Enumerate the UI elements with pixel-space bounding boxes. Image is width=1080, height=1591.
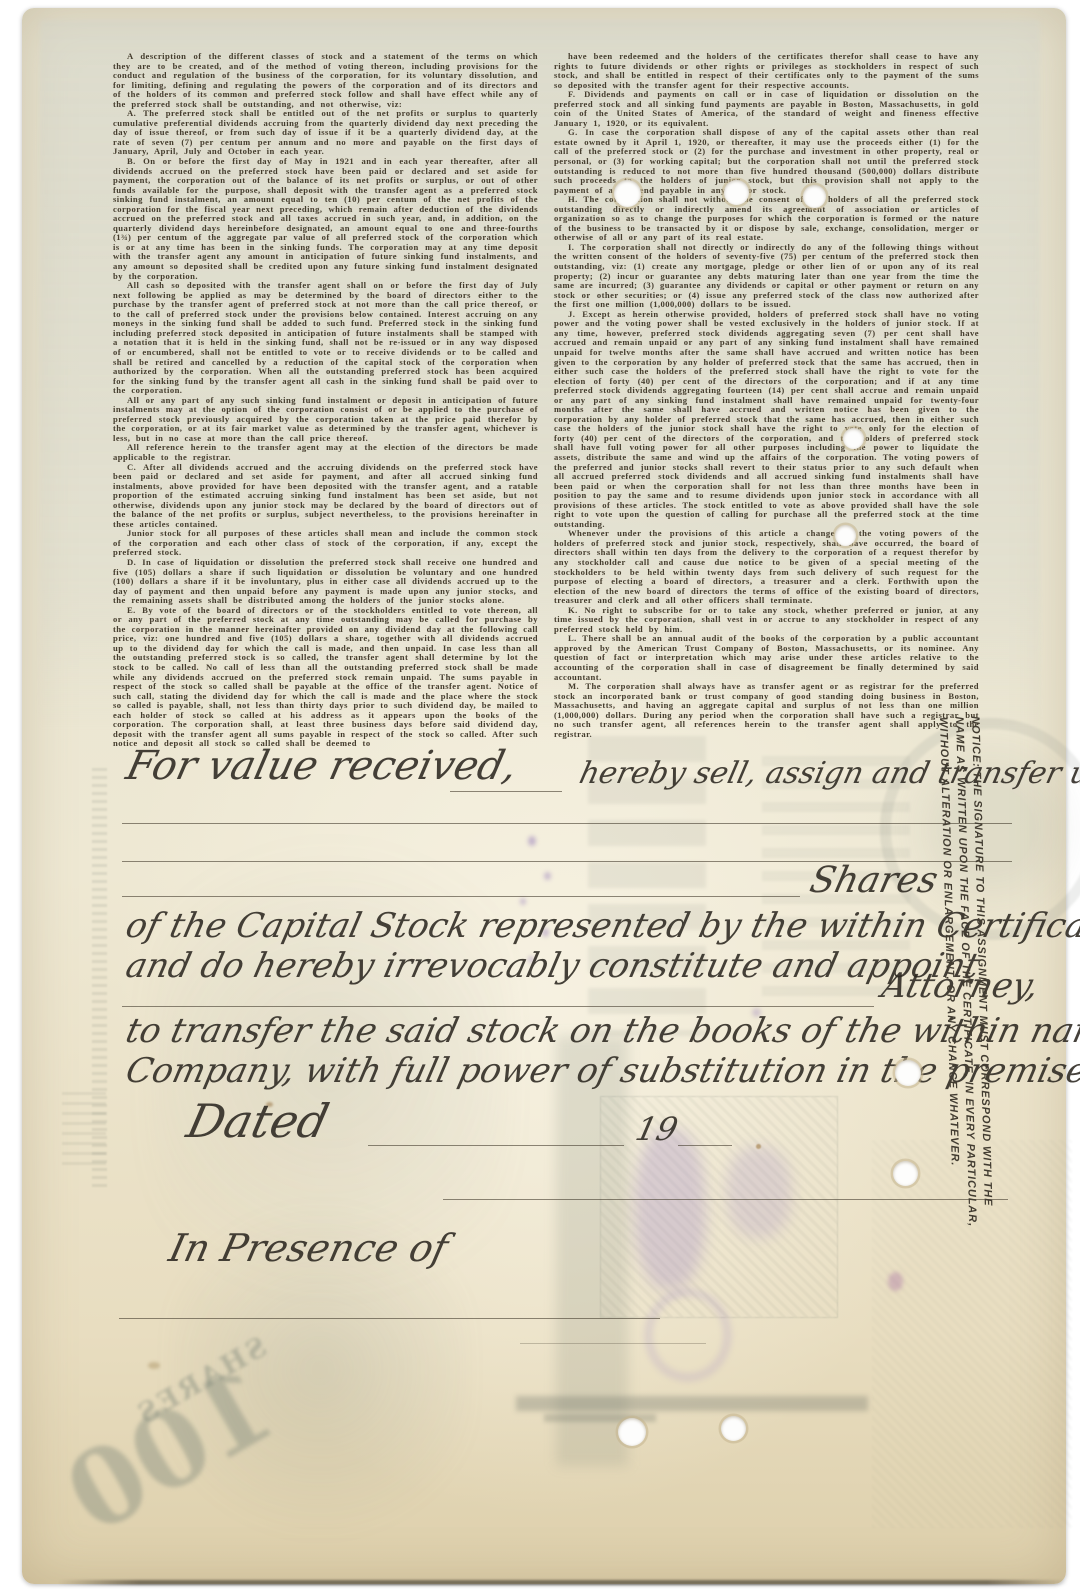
punch-hole	[618, 1418, 646, 1446]
legal-text-block: A description of the different classes o…	[113, 52, 979, 749]
stamp-stain	[528, 836, 536, 846]
dated-blank-line	[368, 1145, 624, 1146]
year-blank-line	[678, 1145, 732, 1146]
punch-hole	[893, 1161, 918, 1186]
punch-hole	[843, 428, 864, 449]
punch-hole	[895, 1060, 921, 1086]
paper-bottom-edge-shadow	[58, 1580, 1068, 1585]
assignment-line2: of the Capital Stock represented by the …	[122, 906, 1080, 946]
stamp-stain	[888, 1272, 903, 1291]
legal-paragraph: K. No right to subscribe for or to take …	[554, 606, 979, 635]
attorney-name-line	[122, 1006, 874, 1007]
stamp-stain-large	[634, 1128, 706, 1290]
witness-label: In Presence of	[165, 1226, 452, 1270]
legal-paragraph: All cash so deposited with the transfer …	[113, 281, 538, 396]
legal-paragraph: All reference herein to the transfer age…	[113, 443, 538, 462]
stamp-stain	[726, 1146, 792, 1238]
assignment-line3: and do hereby irrevocably constitute and…	[122, 946, 983, 986]
stamp-stain	[520, 898, 526, 905]
assignment-line1-prefix: For value received,	[122, 743, 522, 789]
legal-paragraph: B. On or before the first day of May in …	[113, 157, 538, 281]
punch-hole	[835, 525, 856, 546]
legal-paragraph: have been redeemed and the holders of th…	[554, 52, 979, 90]
scanned-stock-certificate-back: 100 SHARES A description of the differen…	[0, 0, 1080, 1591]
legal-paragraph: A description of the different classes o…	[113, 52, 538, 109]
punch-hole	[614, 180, 641, 207]
legal-paragraph: D. In case of liquidation or dissolution…	[113, 558, 538, 606]
shares-label: Shares	[806, 860, 942, 901]
legal-column-left: A description of the different classes o…	[113, 52, 538, 749]
legal-paragraph: I. The corporation shall not directly or…	[554, 243, 979, 310]
legal-paragraph: L. There shall be an annual audit of the…	[554, 634, 979, 682]
stamp-stain-ring	[644, 1288, 732, 1382]
legal-paragraph: A. The preferred stock shall be entitled…	[113, 109, 538, 157]
assignee-name-line	[122, 823, 1012, 824]
punch-hole	[803, 185, 826, 208]
assignment-line5: Company, with full power of substitution…	[122, 1051, 1080, 1091]
legal-column-right: have been redeemed and the holders of th…	[554, 52, 979, 749]
assignment-line4: to transfer the said stock on the books …	[122, 1011, 1080, 1051]
witness-signature-line	[119, 1318, 660, 1319]
assignee-name-blank-short	[450, 791, 562, 792]
fox-spot	[756, 1144, 761, 1149]
legal-paragraph: All or any part of any such sinking fund…	[113, 396, 538, 444]
faint-line	[520, 1343, 706, 1344]
legal-paragraph: C. After all dividends accrued and the a…	[113, 463, 538, 530]
legal-paragraph: Junior stock for all purposes of these a…	[113, 529, 538, 558]
legal-paragraph: F. Dividends and payments on call or in …	[554, 90, 979, 128]
legal-paragraph: Whenever under the provisions of this ar…	[554, 529, 979, 605]
shares-count-line	[122, 896, 800, 897]
fox-spot	[148, 1362, 160, 1369]
stamp-stain	[544, 872, 551, 880]
punch-hole	[724, 180, 749, 205]
dated-label: Dated	[182, 1094, 334, 1148]
signature-line	[443, 1199, 1008, 1200]
punch-hole	[721, 1416, 746, 1441]
legal-paragraph: E. By vote of the board of directors or …	[113, 606, 538, 749]
legal-paragraph: M. The corporation shall always have as …	[554, 682, 979, 739]
legal-paragraph: J. Except as herein otherwise provided, …	[554, 310, 979, 530]
assignment-line1-suffix: hereby sell, assign and transfer unto	[576, 756, 1080, 791]
